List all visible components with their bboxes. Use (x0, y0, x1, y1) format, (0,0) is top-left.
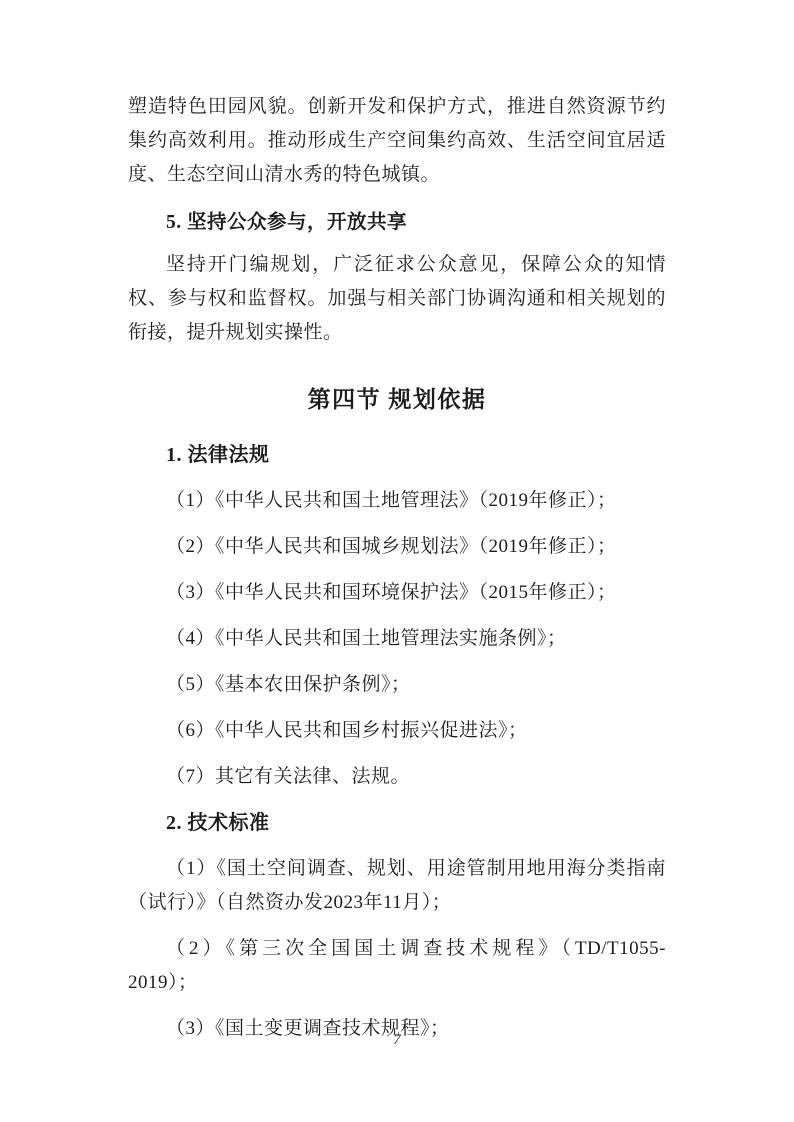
standard-item-1: （1）《国土空间调查、规划、用途管制用地用海分类指南（试行）》（自然资办发202… (128, 852, 666, 920)
subheading-laws: 1. 法律法规 (128, 438, 666, 472)
subheading-standards: 2. 技术标准 (128, 806, 666, 840)
page-number: 7 (0, 1030, 794, 1050)
heading-item-5: 5. 坚持公众参与，开放共享 (128, 206, 666, 240)
paragraph-continuation: 塑造特色田园风貌。创新开发和保护方式，推进自然资源节约集约高效利用。推动形成生产… (128, 90, 666, 192)
page-content: 塑造特色田园风貌。创新开发和保护方式，推进自然资源节约集约高效利用。推动形成生产… (128, 90, 666, 1046)
standard-item-2: （2）《第三次全国国土调查技术规程》（TD/T1055-2019）； (128, 932, 666, 1000)
law-item-5: （5）《基本农田保护条例》； (128, 668, 666, 702)
law-item-2: （2）《中华人民共和国城乡规划法》（2019年修正）； (128, 530, 666, 564)
law-item-7: （7）其它有关法律、法规。 (128, 760, 666, 794)
law-item-6: （6）《中华人民共和国乡村振兴促进法》； (128, 714, 666, 748)
paragraph-item-5: 坚持开门编规划，广泛征求公众意见，保障公众的知情权、参与权和监督权。加强与相关部… (128, 248, 666, 350)
section-title: 第四节 规划依据 (128, 380, 666, 420)
law-item-4: （4）《中华人民共和国土地管理法实施条例》； (128, 622, 666, 656)
document-page: 塑造特色田园风貌。创新开发和保护方式，推进自然资源节约集约高效利用。推动形成生产… (0, 0, 794, 1122)
law-item-1: （1）《中华人民共和国土地管理法》（2019年修正）； (128, 484, 666, 518)
law-item-3: （3）《中华人民共和国环境保护法》（2015年修正）； (128, 576, 666, 610)
